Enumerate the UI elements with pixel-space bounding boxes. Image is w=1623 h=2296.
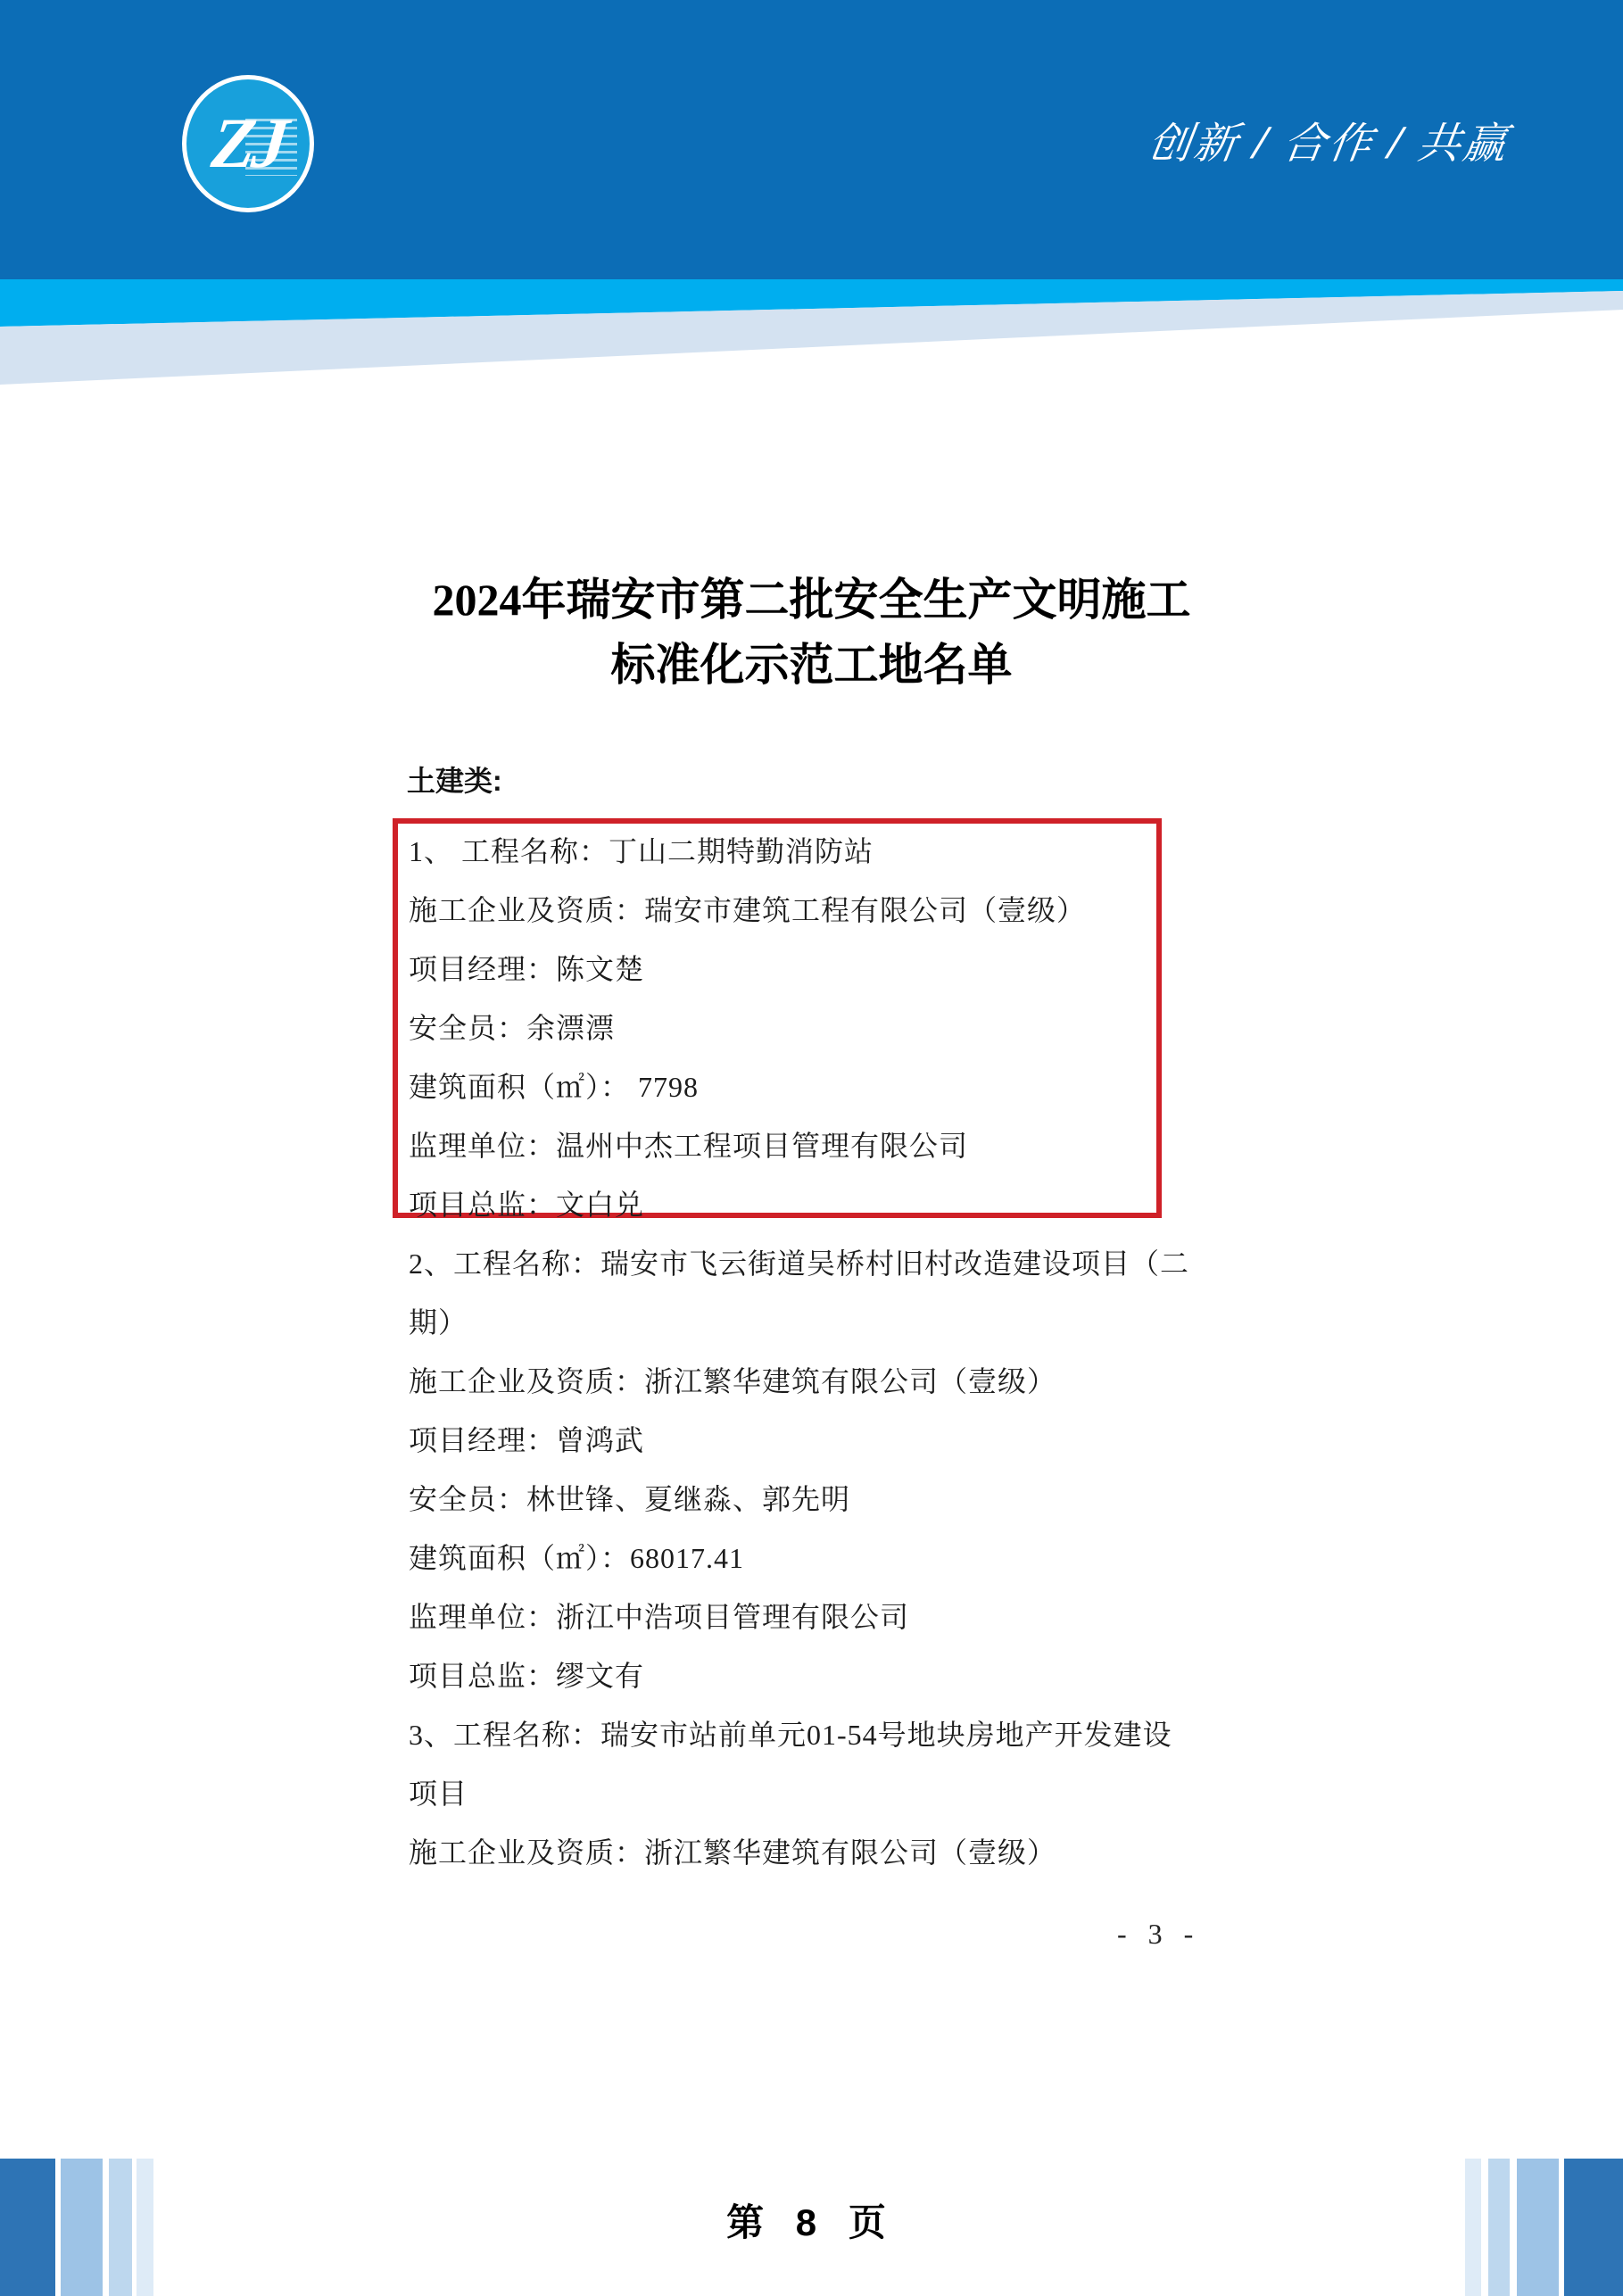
document-title-line2: 标准化示范工地名单 [0, 641, 1623, 690]
project2-contractor: 施工企业及资质：浙江繁华建筑有限公司（壹级） [409, 1364, 1056, 1398]
project1-safety-officer: 安全员：余漂漂 [409, 1011, 615, 1045]
project2-manager: 项目经理：曾鸿武 [409, 1423, 644, 1457]
project2-name: 2、工程名称：瑞安市飞云街道吴桥村旧村改造建设项目（二 [409, 1247, 1189, 1281]
footer-page-label: 第 8 页 [0, 2202, 1623, 2243]
project3-name-wrap: 项目 [409, 1777, 468, 1811]
header-slogan: 创新 / 合作 / 共赢 [1146, 123, 1512, 166]
document-page: ZJ 创新 / 合作 / 共赢 2024年瑞安市第二批安全生产文明施工 标准化示… [0, 0, 1623, 2296]
project1-contractor: 施工企业及资质：瑞安市建筑工程有限公司（壹级） [409, 893, 1086, 927]
project2-building-area: 建筑面积（㎡）：68017.41 [409, 1541, 744, 1575]
company-logo: ZJ [182, 75, 314, 212]
project3-name: 3、工程名称：瑞安市站前单元01-54号地块房地产开发建设 [409, 1718, 1172, 1752]
project2-supervision-unit: 监理单位：浙江中浩项目管理有限公司 [409, 1600, 909, 1634]
page-number-marker: - 3 - [1117, 1919, 1200, 1950]
project1-manager: 项目经理：陈文楚 [409, 952, 644, 986]
project2-name-wrap: 期） [409, 1305, 468, 1339]
project3-contractor: 施工企业及资质：浙江繁华建筑有限公司（壹级） [409, 1836, 1056, 1869]
logo-zj-text: ZJ [208, 108, 287, 179]
project1-building-area: 建筑面积（㎡）： 7798 [409, 1070, 699, 1104]
project2-safety-officer: 安全员：林世锋、夏继淼、郭先明 [409, 1482, 850, 1516]
project1-chief-supervisor: 项目总监：文白兑 [409, 1188, 644, 1222]
project1-name: 1、 工程名称：丁山二期特勤消防站 [409, 834, 874, 868]
section-label-civil-construction: 土建类: [407, 766, 502, 797]
document-title-line1: 2024年瑞安市第二批安全生产文明施工 [0, 576, 1623, 625]
project1-supervision-unit: 监理单位：温州中杰工程项目管理有限公司 [409, 1129, 968, 1163]
project2-chief-supervisor: 项目总监：缪文有 [409, 1659, 644, 1693]
